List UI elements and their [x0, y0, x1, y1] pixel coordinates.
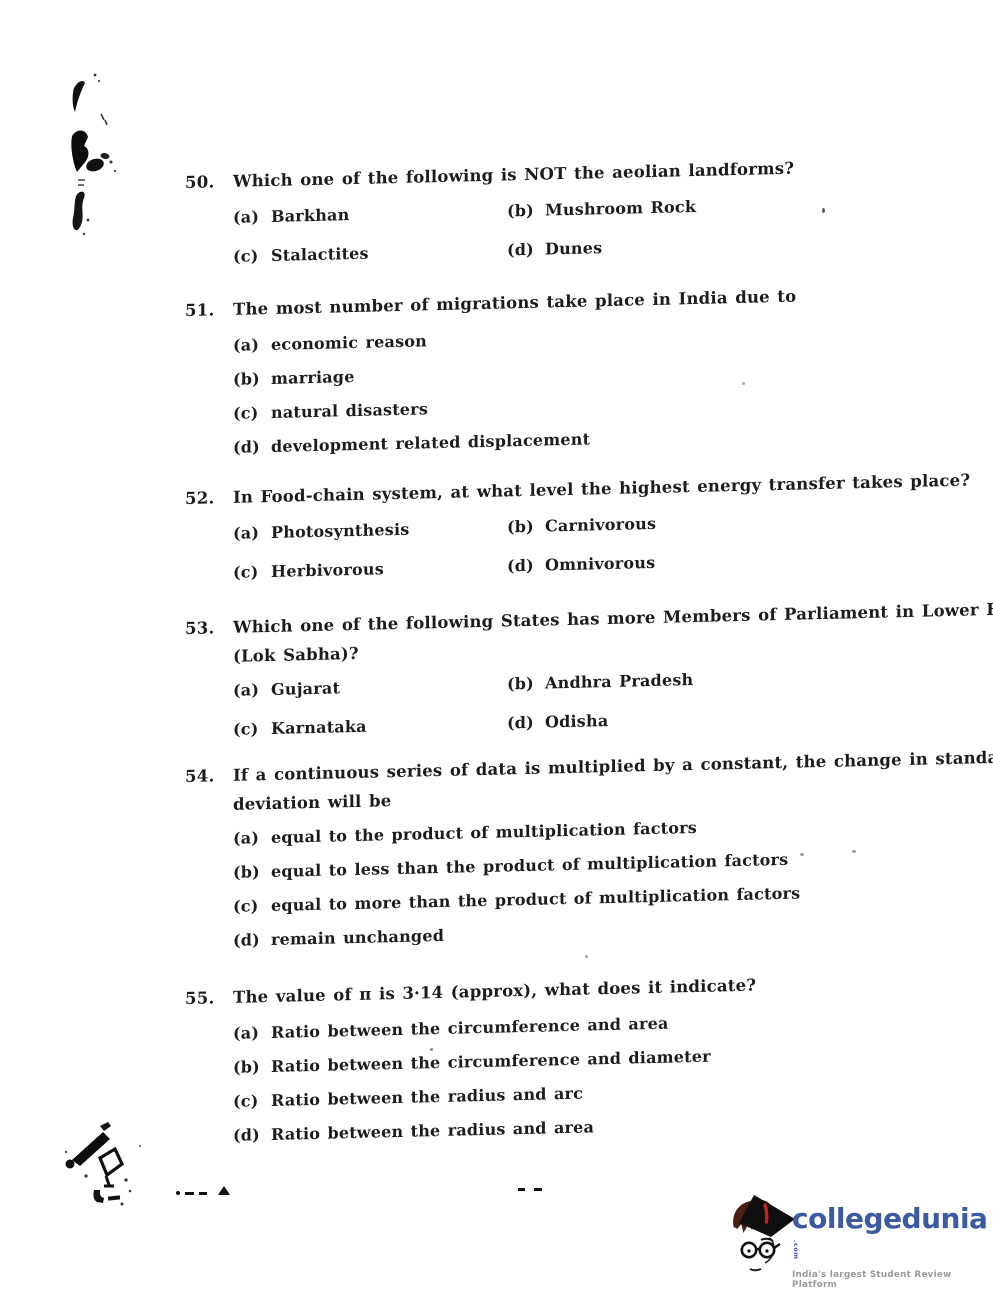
option-label: (a): [233, 522, 271, 544]
option-c: (c) Karnataka: [233, 712, 507, 739]
option-label: (a): [233, 1022, 271, 1044]
option-label: (b): [507, 516, 545, 538]
question-52: 52. In Food-chain system, at what level …: [185, 469, 975, 602]
option-label: (b): [507, 673, 545, 695]
option-c: (c) Herbivorous: [233, 555, 507, 582]
option-c: (c) natural disasters: [233, 385, 975, 423]
scan-speck: [585, 955, 588, 958]
option-text: Herbivorous: [271, 558, 384, 582]
brand-tagline: India's largest Student Review Platform: [792, 1270, 987, 1290]
option-c: (c) Stalactites: [233, 239, 507, 266]
option-c: (c) equal to more than the product of mu…: [233, 878, 975, 916]
option-b: (b) Ratio between the circumference and …: [233, 1039, 975, 1077]
option-label: (c): [233, 1090, 271, 1112]
questions-layer: 50. Which one of the following is NOT th…: [185, 0, 975, 1303]
option-label: (a): [233, 679, 271, 701]
question-text: Which one of the following is NOT the ae…: [233, 158, 794, 193]
option-a: (a) Gujarat: [233, 673, 507, 700]
option-label: (a): [233, 827, 271, 849]
option-a: (a) equal to the product of multiplicati…: [233, 810, 975, 848]
option-text: development related displacement: [271, 428, 590, 457]
option-text: Photosynthesis: [271, 519, 409, 543]
option-text: Mushroom Rock: [545, 196, 696, 221]
option-b: (b) equal to less than the product of mu…: [233, 844, 975, 882]
option-a: (a) Ratio between the circumference and …: [233, 1005, 975, 1043]
question-text: In Food-chain system, at what level the …: [233, 469, 970, 508]
option-d: (d) Dunes: [507, 228, 975, 260]
option-d: (d) remain unchanged: [233, 912, 975, 950]
brand-name: collegedunia: [792, 1204, 987, 1234]
scan-speck: [430, 1048, 433, 1051]
scan-speck: [742, 382, 745, 385]
question-number: 53.: [185, 617, 233, 640]
ink-smudge-bottom-left-icon: [60, 1116, 146, 1212]
option-text: Ratio between the radius and arc: [271, 1083, 583, 1111]
option-d: (d) Ratio between the radius and area: [233, 1107, 975, 1145]
option-text: Gujarat: [271, 677, 340, 700]
option-text: equal to more than the product of multip…: [271, 882, 800, 915]
scan-speck: [822, 208, 825, 213]
option-a: (a) Photosynthesis: [233, 516, 507, 543]
option-text: Stalactites: [271, 243, 369, 266]
option-b: (b) Mushroom Rock: [507, 189, 975, 221]
question-55: 55. The value of π is 3·14 (approx), wha…: [185, 969, 975, 1160]
option-text: Karnataka: [271, 716, 367, 739]
option-text: economic reason: [271, 330, 427, 355]
option-label: (d): [507, 555, 545, 577]
ink-smudge-top-left-icon: [60, 68, 122, 240]
option-b: (b) Carnivorous: [507, 505, 975, 537]
option-text: Odisha: [545, 710, 608, 732]
option-label: (c): [233, 245, 271, 267]
option-d: (d) Omnivorous: [507, 544, 975, 576]
question-54: 54. If a continuous series of data is mu…: [185, 747, 975, 965]
option-b: (b) Andhra Pradesh: [507, 662, 975, 694]
option-label: (c): [233, 718, 271, 740]
option-text: Ratio between the radius and area: [271, 1116, 594, 1145]
brand-tld: .com: [792, 1240, 800, 1264]
option-label: (d): [233, 436, 271, 458]
option-label: (b): [233, 1056, 271, 1078]
footer-fragment-left: [176, 1186, 230, 1195]
question-text: The value of π is 3·14 (approx), what do…: [233, 975, 756, 1009]
option-text: Dunes: [545, 237, 602, 259]
option-label: (a): [233, 206, 271, 228]
option-label: (c): [233, 895, 271, 917]
collegedunia-logo: collegedunia.com India's largest Student…: [726, 1194, 976, 1272]
option-label: (c): [233, 402, 271, 424]
option-label: (d): [507, 239, 545, 261]
option-text: equal to less than the product of multip…: [271, 849, 788, 882]
option-label: (c): [233, 561, 271, 583]
option-text: natural disasters: [271, 398, 428, 423]
option-text: equal to the product of multiplication f…: [271, 817, 697, 848]
question-number: 55.: [185, 987, 233, 1010]
option-a: (a) economic reason: [233, 317, 975, 355]
question-number: 50.: [185, 171, 233, 194]
option-label: (d): [507, 712, 545, 734]
option-label: (d): [233, 1124, 271, 1146]
collegedunia-mascot-icon: [726, 1194, 798, 1272]
option-label: (b): [233, 861, 271, 883]
option-text: Omnivorous: [545, 552, 655, 576]
option-text: Ratio between the circumference and diam…: [271, 1046, 711, 1077]
option-text: Carnivorous: [545, 513, 656, 537]
option-label: (b): [233, 368, 271, 390]
option-label: (a): [233, 334, 271, 356]
question-51: 51. The most number of migrations take p…: [185, 281, 975, 472]
question-number: 54.: [185, 765, 233, 788]
question-number: 52.: [185, 487, 233, 510]
option-text: Barkhan: [271, 204, 349, 227]
footer-fragment-right: [518, 1188, 542, 1191]
scan-speck: [800, 853, 804, 856]
option-d: (d) Odisha: [507, 701, 975, 733]
question-50: 50. Which one of the following is NOT th…: [185, 153, 975, 286]
option-c: (c) Ratio between the radius and arc: [233, 1073, 975, 1111]
question-text: The most number of migrations take place…: [233, 286, 796, 321]
scanned-question-paper: 50. Which one of the following is NOT th…: [0, 0, 993, 1303]
option-text: remain unchanged: [271, 925, 444, 950]
option-d: (d) development related displacement: [233, 419, 975, 457]
option-text: marriage: [271, 366, 355, 389]
question-53: 53. Which one of the following States ha…: [185, 599, 975, 759]
option-a: (a) Barkhan: [233, 200, 507, 227]
scan-speck: [852, 850, 856, 853]
option-label: (d): [233, 929, 271, 951]
question-number: 51.: [185, 299, 233, 322]
option-text: Ratio between the circumference and area: [271, 1013, 669, 1043]
option-b: (b) marriage: [233, 351, 975, 389]
option-text: Andhra Pradesh: [545, 669, 693, 693]
option-label: (b): [507, 200, 545, 222]
